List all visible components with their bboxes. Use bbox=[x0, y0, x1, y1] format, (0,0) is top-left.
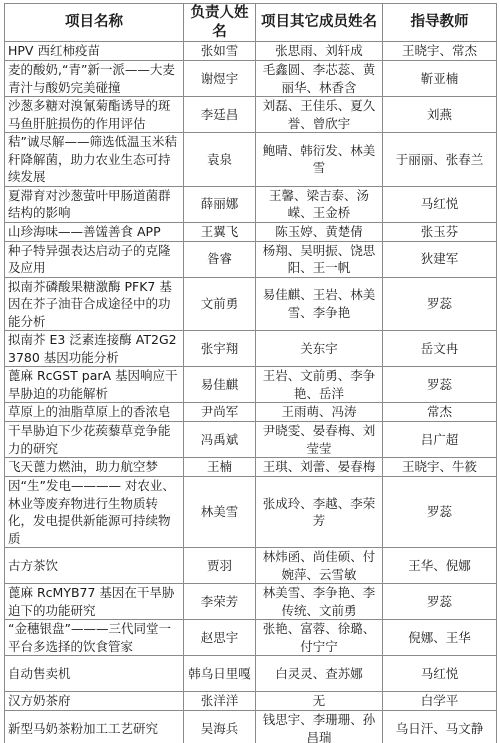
members-cell: 刘磊、王佳乐、夏久誉、曾欣宇 bbox=[256, 97, 383, 133]
leader-cell: 贾羽 bbox=[184, 548, 256, 584]
members-cell: 王琪、刘蕾、晏春梅 bbox=[256, 458, 383, 477]
project-name-cell: 古方茶饮 bbox=[5, 548, 184, 584]
leader-cell: 薛丽娜 bbox=[184, 186, 256, 222]
advisor-cell: 罗蕊 bbox=[383, 477, 497, 548]
table-row: 古方茶饮贾羽林炜函、尚佳硕、付婉萍、云雪敏王华、倪娜 bbox=[5, 548, 497, 584]
leader-cell: 易佳麒 bbox=[184, 367, 256, 403]
advisor-cell: 于丽丽、张春兰 bbox=[383, 133, 497, 187]
table-row: 种子特异强表达启动子的克隆及应用昝睿杨翔、吴明振、饶思阳、王一帆狄建军 bbox=[5, 241, 497, 277]
project-name-cell: 蓖麻 RcMYB77 基因在干旱胁迫下的功能研究 bbox=[5, 584, 184, 620]
advisor-cell: 岳文冉 bbox=[383, 331, 497, 367]
members-cell: 林美雪、李争艳、李传统、文前勇 bbox=[256, 584, 383, 620]
project-name-cell: 沙葱多糖对溴氰菊酯诱导的斑马鱼肝脏损伤的作用评估 bbox=[5, 97, 184, 133]
members-cell: 王馨、梁吉泰、汤嵘、王金桥 bbox=[256, 186, 383, 222]
members-cell: 易佳麒、王岩、林美雪、李争艳 bbox=[256, 277, 383, 331]
leader-cell: 李廷昌 bbox=[184, 97, 256, 133]
table-row: 干旱胁迫下少花蒺藜草竞争能力的研究冯禹斌尹晓雯、晏春梅、刘莹莹吕广超 bbox=[5, 422, 497, 458]
project-name-cell: “金穗银盘”———三代同堂一平台多选择的饮食管家 bbox=[5, 620, 184, 656]
table-row: 自动售卖机韩乌日里嘎白灵灵、查苏娜马红悦 bbox=[5, 656, 497, 692]
project-name-cell: 夏滞育对沙葱萤叶甲肠道菌群结构的影响 bbox=[5, 186, 184, 222]
members-cell: 无 bbox=[256, 692, 383, 711]
members-cell: 毛鑫圆、李芯蕊、黄丽华、林香含 bbox=[256, 61, 383, 97]
table-row: 蓖麻 RcGST parA 基因响应干旱胁迫的功能解析易佳麒王岩、文前勇、李争艳… bbox=[5, 367, 497, 403]
project-name-cell: 飞天蓖力燃油，助力航空梦 bbox=[5, 458, 184, 477]
leader-cell: 林美雪 bbox=[184, 477, 256, 548]
project-name-cell: 新型马奶茶粉加工工艺研究 bbox=[5, 711, 184, 743]
members-cell: 尹晓雯、晏春梅、刘莹莹 bbox=[256, 422, 383, 458]
project-name-cell: 因“生”发电———— 对农业、林业等废弃物进行生物质转化，发电提供新能源可持续物… bbox=[5, 477, 184, 548]
leader-cell: 张洋洋 bbox=[184, 692, 256, 711]
advisor-cell: 王华、倪娜 bbox=[383, 548, 497, 584]
project-table: 项目名称 负责人姓名 项目其它成员姓名 指导教师 HPV 西红柿疫苗张如雪张思雨… bbox=[4, 3, 497, 743]
project-name-cell: 草原上的油脂草原上的香浓皂 bbox=[5, 403, 184, 422]
project-name-cell: 干旱胁迫下少花蒺藜草竞争能力的研究 bbox=[5, 422, 184, 458]
table-row: 沙葱多糖对溴氰菊酯诱导的斑马鱼肝脏损伤的作用评估李廷昌刘磊、王佳乐、夏久誉、曾欣… bbox=[5, 97, 497, 133]
members-cell: 鲍晴、韩衍发、林美雪 bbox=[256, 133, 383, 187]
table-row: 飞天蓖力燃油，助力航空梦王楠王琪、刘蕾、晏春梅王晓宇、牛筱 bbox=[5, 458, 497, 477]
advisor-cell: 王晓宇、牛筱 bbox=[383, 458, 497, 477]
leader-cell: 张宇翔 bbox=[184, 331, 256, 367]
table-row: 山珍海味——善馐善食 APP王翼飞陈玉婷、黄楚倩张玉芬 bbox=[5, 222, 497, 241]
leader-cell: 谢煜宇 bbox=[184, 61, 256, 97]
members-cell: 王岩、文前勇、李争艳、岳洋 bbox=[256, 367, 383, 403]
leader-cell: 冯禹斌 bbox=[184, 422, 256, 458]
header-project-name: 项目名称 bbox=[5, 4, 184, 42]
project-name-cell: 麦的酸奶,“青”新一派——大麦青汁与酸奶完美碰撞 bbox=[5, 61, 184, 97]
advisor-cell: 罗蕊 bbox=[383, 367, 497, 403]
members-cell: 杨翔、吴明振、饶思阳、王一帆 bbox=[256, 241, 383, 277]
leader-cell: 尹尚军 bbox=[184, 403, 256, 422]
table-row: 麦的酸奶,“青”新一派——大麦青汁与酸奶完美碰撞谢煜宇毛鑫圆、李芯蕊、黄丽华、林… bbox=[5, 61, 497, 97]
table-row: 因“生”发电———— 对农业、林业等废弃物进行生物质转化，发电提供新能源可持续物… bbox=[5, 477, 497, 548]
project-name-cell: 自动售卖机 bbox=[5, 656, 184, 692]
advisor-cell: 马红悦 bbox=[383, 186, 497, 222]
project-name-cell: 秸”诚尽解——筛选低温玉米秸秆降解菌，助力农业生态可持续发展 bbox=[5, 133, 184, 187]
members-cell: 张成玲、李越、李荣芳 bbox=[256, 477, 383, 548]
members-cell: 林炜函、尚佳硕、付婉萍、云雪敏 bbox=[256, 548, 383, 584]
table-row: 拟南芥磷酸果糖激酶 PFK7 基因在芥子油苷合成途径中的功能分析文前勇易佳麒、王… bbox=[5, 277, 497, 331]
project-name-cell: 汉方奶茶府 bbox=[5, 692, 184, 711]
advisor-cell: 吕广超 bbox=[383, 422, 497, 458]
table-row: 夏滞育对沙葱萤叶甲肠道菌群结构的影响薛丽娜王馨、梁吉泰、汤嵘、王金桥马红悦 bbox=[5, 186, 497, 222]
members-cell: 王雨萌、冯涛 bbox=[256, 403, 383, 422]
leader-cell: 张如雪 bbox=[184, 42, 256, 61]
members-cell: 钱思宇、李珊珊、孙昌瑞 bbox=[256, 711, 383, 743]
leader-cell: 吴海兵 bbox=[184, 711, 256, 743]
advisor-cell: 张玉芬 bbox=[383, 222, 497, 241]
advisor-cell: 王晓宇、常杰 bbox=[383, 42, 497, 61]
header-members: 项目其它成员姓名 bbox=[256, 4, 383, 42]
table-row: 汉方奶茶府张洋洋无白学平 bbox=[5, 692, 497, 711]
project-name-cell: 山珍海味——善馐善食 APP bbox=[5, 222, 184, 241]
leader-cell: 韩乌日里嘎 bbox=[184, 656, 256, 692]
project-name-cell: HPV 西红柿疫苗 bbox=[5, 42, 184, 61]
header-leader: 负责人姓名 bbox=[184, 4, 256, 42]
advisor-cell: 白学平 bbox=[383, 692, 497, 711]
advisor-cell: 常杰 bbox=[383, 403, 497, 422]
advisor-cell: 罗蕊 bbox=[383, 277, 497, 331]
advisor-cell: 狄建军 bbox=[383, 241, 497, 277]
project-name-cell: 拟南芥磷酸果糖激酶 PFK7 基因在芥子油苷合成途径中的功能分析 bbox=[5, 277, 184, 331]
advisor-cell: 刘燕 bbox=[383, 97, 497, 133]
advisor-cell: 乌日汗、马文静 bbox=[383, 711, 497, 743]
advisor-cell: 罗蕊 bbox=[383, 584, 497, 620]
header-row: 项目名称 负责人姓名 项目其它成员姓名 指导教师 bbox=[5, 4, 497, 42]
leader-cell: 文前勇 bbox=[184, 277, 256, 331]
table-row: 蓖麻 RcMYB77 基因在干旱胁迫下的功能研究李荣芳林美雪、李争艳、李传统、文… bbox=[5, 584, 497, 620]
advisor-cell: 马红悦 bbox=[383, 656, 497, 692]
table-row: 秸”诚尽解——筛选低温玉米秸秆降解菌，助力农业生态可持续发展袁泉鲍晴、韩衍发、林… bbox=[5, 133, 497, 187]
project-name-cell: 种子特异强表达启动子的克隆及应用 bbox=[5, 241, 184, 277]
members-cell: 张思雨、刘轩成 bbox=[256, 42, 383, 61]
leader-cell: 袁泉 bbox=[184, 133, 256, 187]
project-name-cell: 蓖麻 RcGST parA 基因响应干旱胁迫的功能解析 bbox=[5, 367, 184, 403]
leader-cell: 昝睿 bbox=[184, 241, 256, 277]
table-row: 草原上的油脂草原上的香浓皂尹尚军王雨萌、冯涛常杰 bbox=[5, 403, 497, 422]
advisor-cell: 靳亚楠 bbox=[383, 61, 497, 97]
table-row: “金穗银盘”———三代同堂一平台多选择的饮食管家赵思宇张艳、富蓉、徐璐、付宁宁倪… bbox=[5, 620, 497, 656]
leader-cell: 李荣芳 bbox=[184, 584, 256, 620]
leader-cell: 赵思宇 bbox=[184, 620, 256, 656]
members-cell: 白灵灵、查苏娜 bbox=[256, 656, 383, 692]
advisor-cell: 倪娜、王华 bbox=[383, 620, 497, 656]
header-advisor: 指导教师 bbox=[383, 4, 497, 42]
table-row: HPV 西红柿疫苗张如雪张思雨、刘轩成王晓宇、常杰 bbox=[5, 42, 497, 61]
members-cell: 张艳、富蓉、徐璐、付宁宁 bbox=[256, 620, 383, 656]
members-cell: 陈玉婷、黄楚倩 bbox=[256, 222, 383, 241]
members-cell: 关东宇 bbox=[256, 331, 383, 367]
leader-cell: 王翼飞 bbox=[184, 222, 256, 241]
leader-cell: 王楠 bbox=[184, 458, 256, 477]
table-row: 拟南芥 E3 泛素连接酶 AT2G23780 基因功能分析张宇翔关东宇岳文冉 bbox=[5, 331, 497, 367]
project-name-cell: 拟南芥 E3 泛素连接酶 AT2G23780 基因功能分析 bbox=[5, 331, 184, 367]
table-row: 新型马奶茶粉加工工艺研究吴海兵钱思宇、李珊珊、孙昌瑞乌日汗、马文静 bbox=[5, 711, 497, 743]
